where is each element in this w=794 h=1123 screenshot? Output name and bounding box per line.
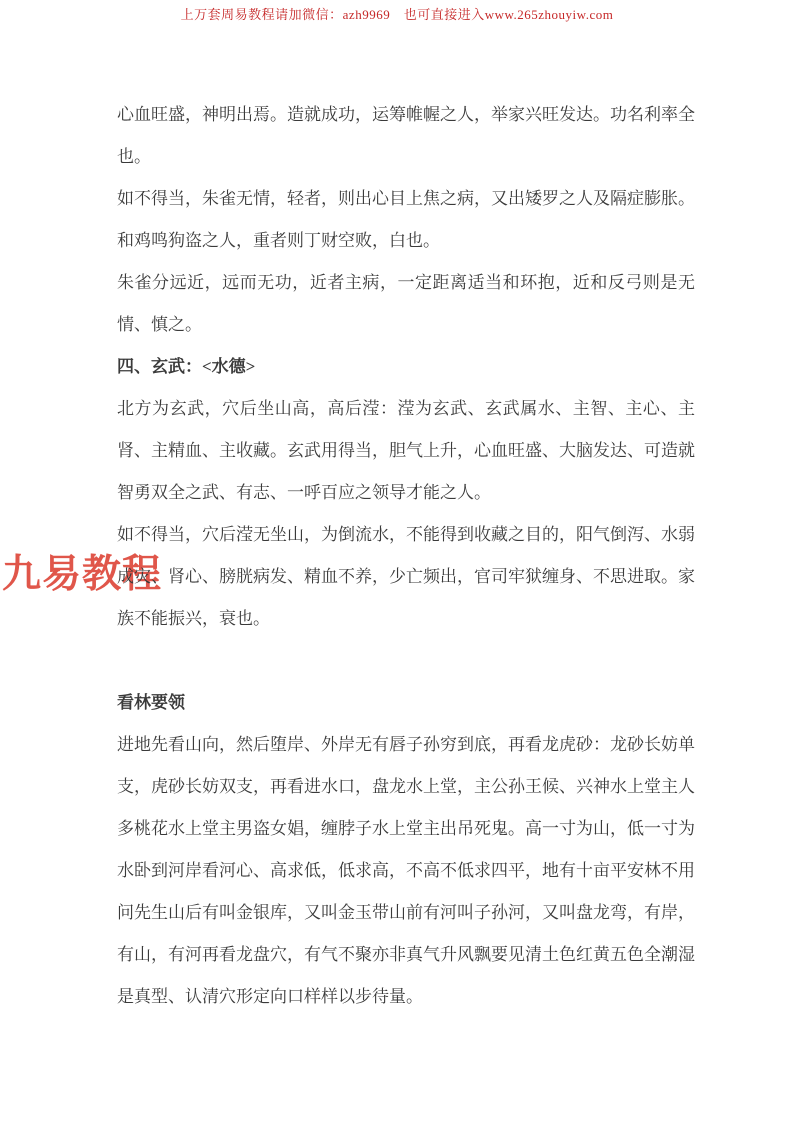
paragraph: 如不得当，朱雀无情，轻者，则出心目上焦之病，又出矮罗之人及隔症膨胀。和鸡鸣狗盗之… [117, 178, 695, 262]
paragraph: 朱雀分远近，远而无功，近者主病，一定距离适当和环抱，近和反弓则是无情、慎之。 [117, 262, 695, 346]
section-heading: 四、玄武：<水德> [117, 346, 695, 388]
paragraph-spacer [117, 640, 695, 682]
paragraph: 进地先看山向，然后堕岸、外岸无有唇子孙穷到底，再看龙虎砂：龙砂长妨单支，虎砂长妨… [117, 724, 695, 1018]
document-page: { "header": { "text": "上万套周易教程请加微信：azh99… [0, 0, 794, 1123]
paragraph: 如不得当，穴后滢无坐山，为倒流水，不能得到收藏之目的，阳气倒泻、水弱成灾、肾心、… [117, 514, 695, 640]
section-heading: 看林要领 [117, 682, 695, 724]
promo-header-text: 上万套周易教程请加微信：azh9969 也可直接进入www.265zhouyiw… [0, 4, 794, 23]
paragraph: 北方为玄武，穴后坐山高，高后滢：滢为玄武、玄武属水、主智、主心、主肾、主精血、主… [117, 388, 695, 514]
document-body: 心血旺盛，神明出焉。造就成功，运筹帷幄之人，举家兴旺发达。功名利率全也。如不得当… [117, 94, 695, 1018]
paragraph: 心血旺盛，神明出焉。造就成功，运筹帷幄之人，举家兴旺发达。功名利率全也。 [117, 94, 695, 178]
